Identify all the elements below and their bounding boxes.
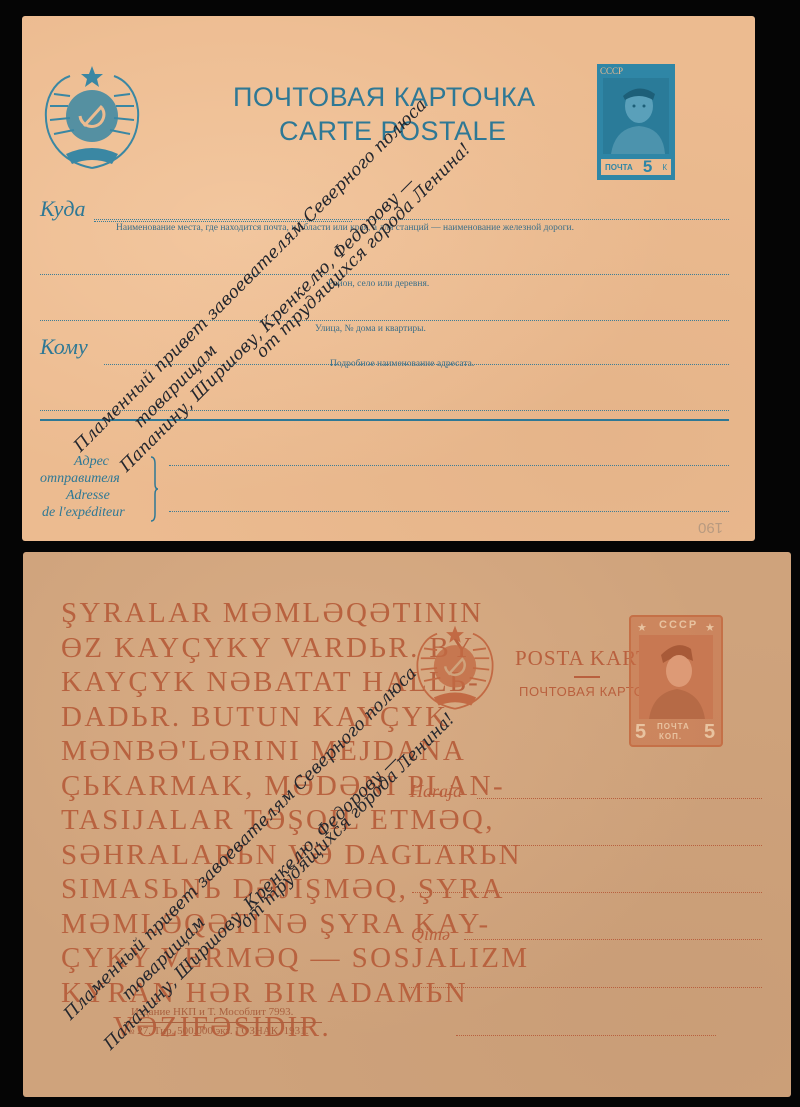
stamp-value-left: 5 — [635, 721, 646, 744]
text-line: TASIJALAR TƏŞQIL ETMƏQ, — [61, 803, 530, 838]
postage-stamp-5k: СССР ПОЧТА 5 К — [597, 64, 675, 180]
recipient-line-1[interactable] — [464, 939, 762, 940]
sender-label-fr-2: de l'expéditeur — [42, 505, 125, 521]
postage-stamp-5kop: СССР ★ ★ 5 ПОЧТА КОП. 5 — [629, 615, 723, 747]
text-line: MƏMLƏQƏTINƏ ŞYRA KAY- — [61, 907, 530, 942]
imprint-line-2: № 27. Тир. 500.000 экз. ГОЗНАК. 1931. — [124, 1025, 308, 1037]
soviet-emblem-icon — [40, 64, 144, 172]
soviet-emblem-icon — [411, 624, 499, 712]
title-divider — [574, 676, 600, 678]
address-line-3[interactable] — [40, 320, 729, 321]
sender-line-1[interactable] — [169, 465, 729, 466]
hint-recipient: Подробное наименование адресата. — [330, 359, 474, 369]
hint-street: Улица, № дома и квартиры. — [315, 324, 426, 334]
stamp-value-right: 5 — [704, 721, 715, 744]
address-line-2[interactable] — [40, 274, 729, 275]
stamp-unit: К — [662, 163, 667, 172]
sender-label-fr-1: Adresse — [66, 488, 110, 504]
stamp-value: 5 — [643, 157, 652, 177]
sender-label-ru-2: отправителя — [40, 471, 120, 487]
sender-line-2[interactable] — [169, 511, 729, 512]
stamp-unit: КОП. — [659, 732, 682, 741]
imprint-rule — [124, 1022, 322, 1023]
title-russian: ПОЧТОВАЯ КАРТОЧКА — [233, 82, 536, 113]
worker-portrait-icon — [603, 78, 669, 154]
address-line-2[interactable] — [412, 845, 762, 846]
stamp-postage-label: ПОЧТА — [605, 163, 633, 172]
soldier-portrait-icon — [639, 635, 713, 719]
sender-label-ru-1: Адрес — [74, 454, 109, 470]
whom-label: Qimə — [411, 924, 450, 945]
recipient-line-3[interactable] — [456, 1035, 716, 1036]
stamp-country: СССР — [659, 619, 698, 631]
stamp-country: СССР — [600, 66, 623, 76]
address-line-3[interactable] — [412, 892, 762, 893]
address-line-1[interactable] — [477, 798, 762, 799]
whom-label: Кому — [40, 334, 88, 360]
text-line: MƏNBƏ'LƏRINI MEJDANA — [61, 734, 530, 769]
pencil-note: 190 — [698, 519, 723, 536]
recipient-line-2[interactable] — [409, 987, 762, 988]
sender-brace — [150, 456, 158, 522]
star-icon: ★ — [637, 621, 647, 634]
to-label: Куда — [40, 196, 86, 222]
star-icon: ★ — [705, 621, 715, 634]
address-line-1-full[interactable] — [94, 219, 729, 220]
stamp-postage-label: ПОЧТА — [657, 722, 690, 731]
to-label: Haraja — [410, 781, 462, 802]
